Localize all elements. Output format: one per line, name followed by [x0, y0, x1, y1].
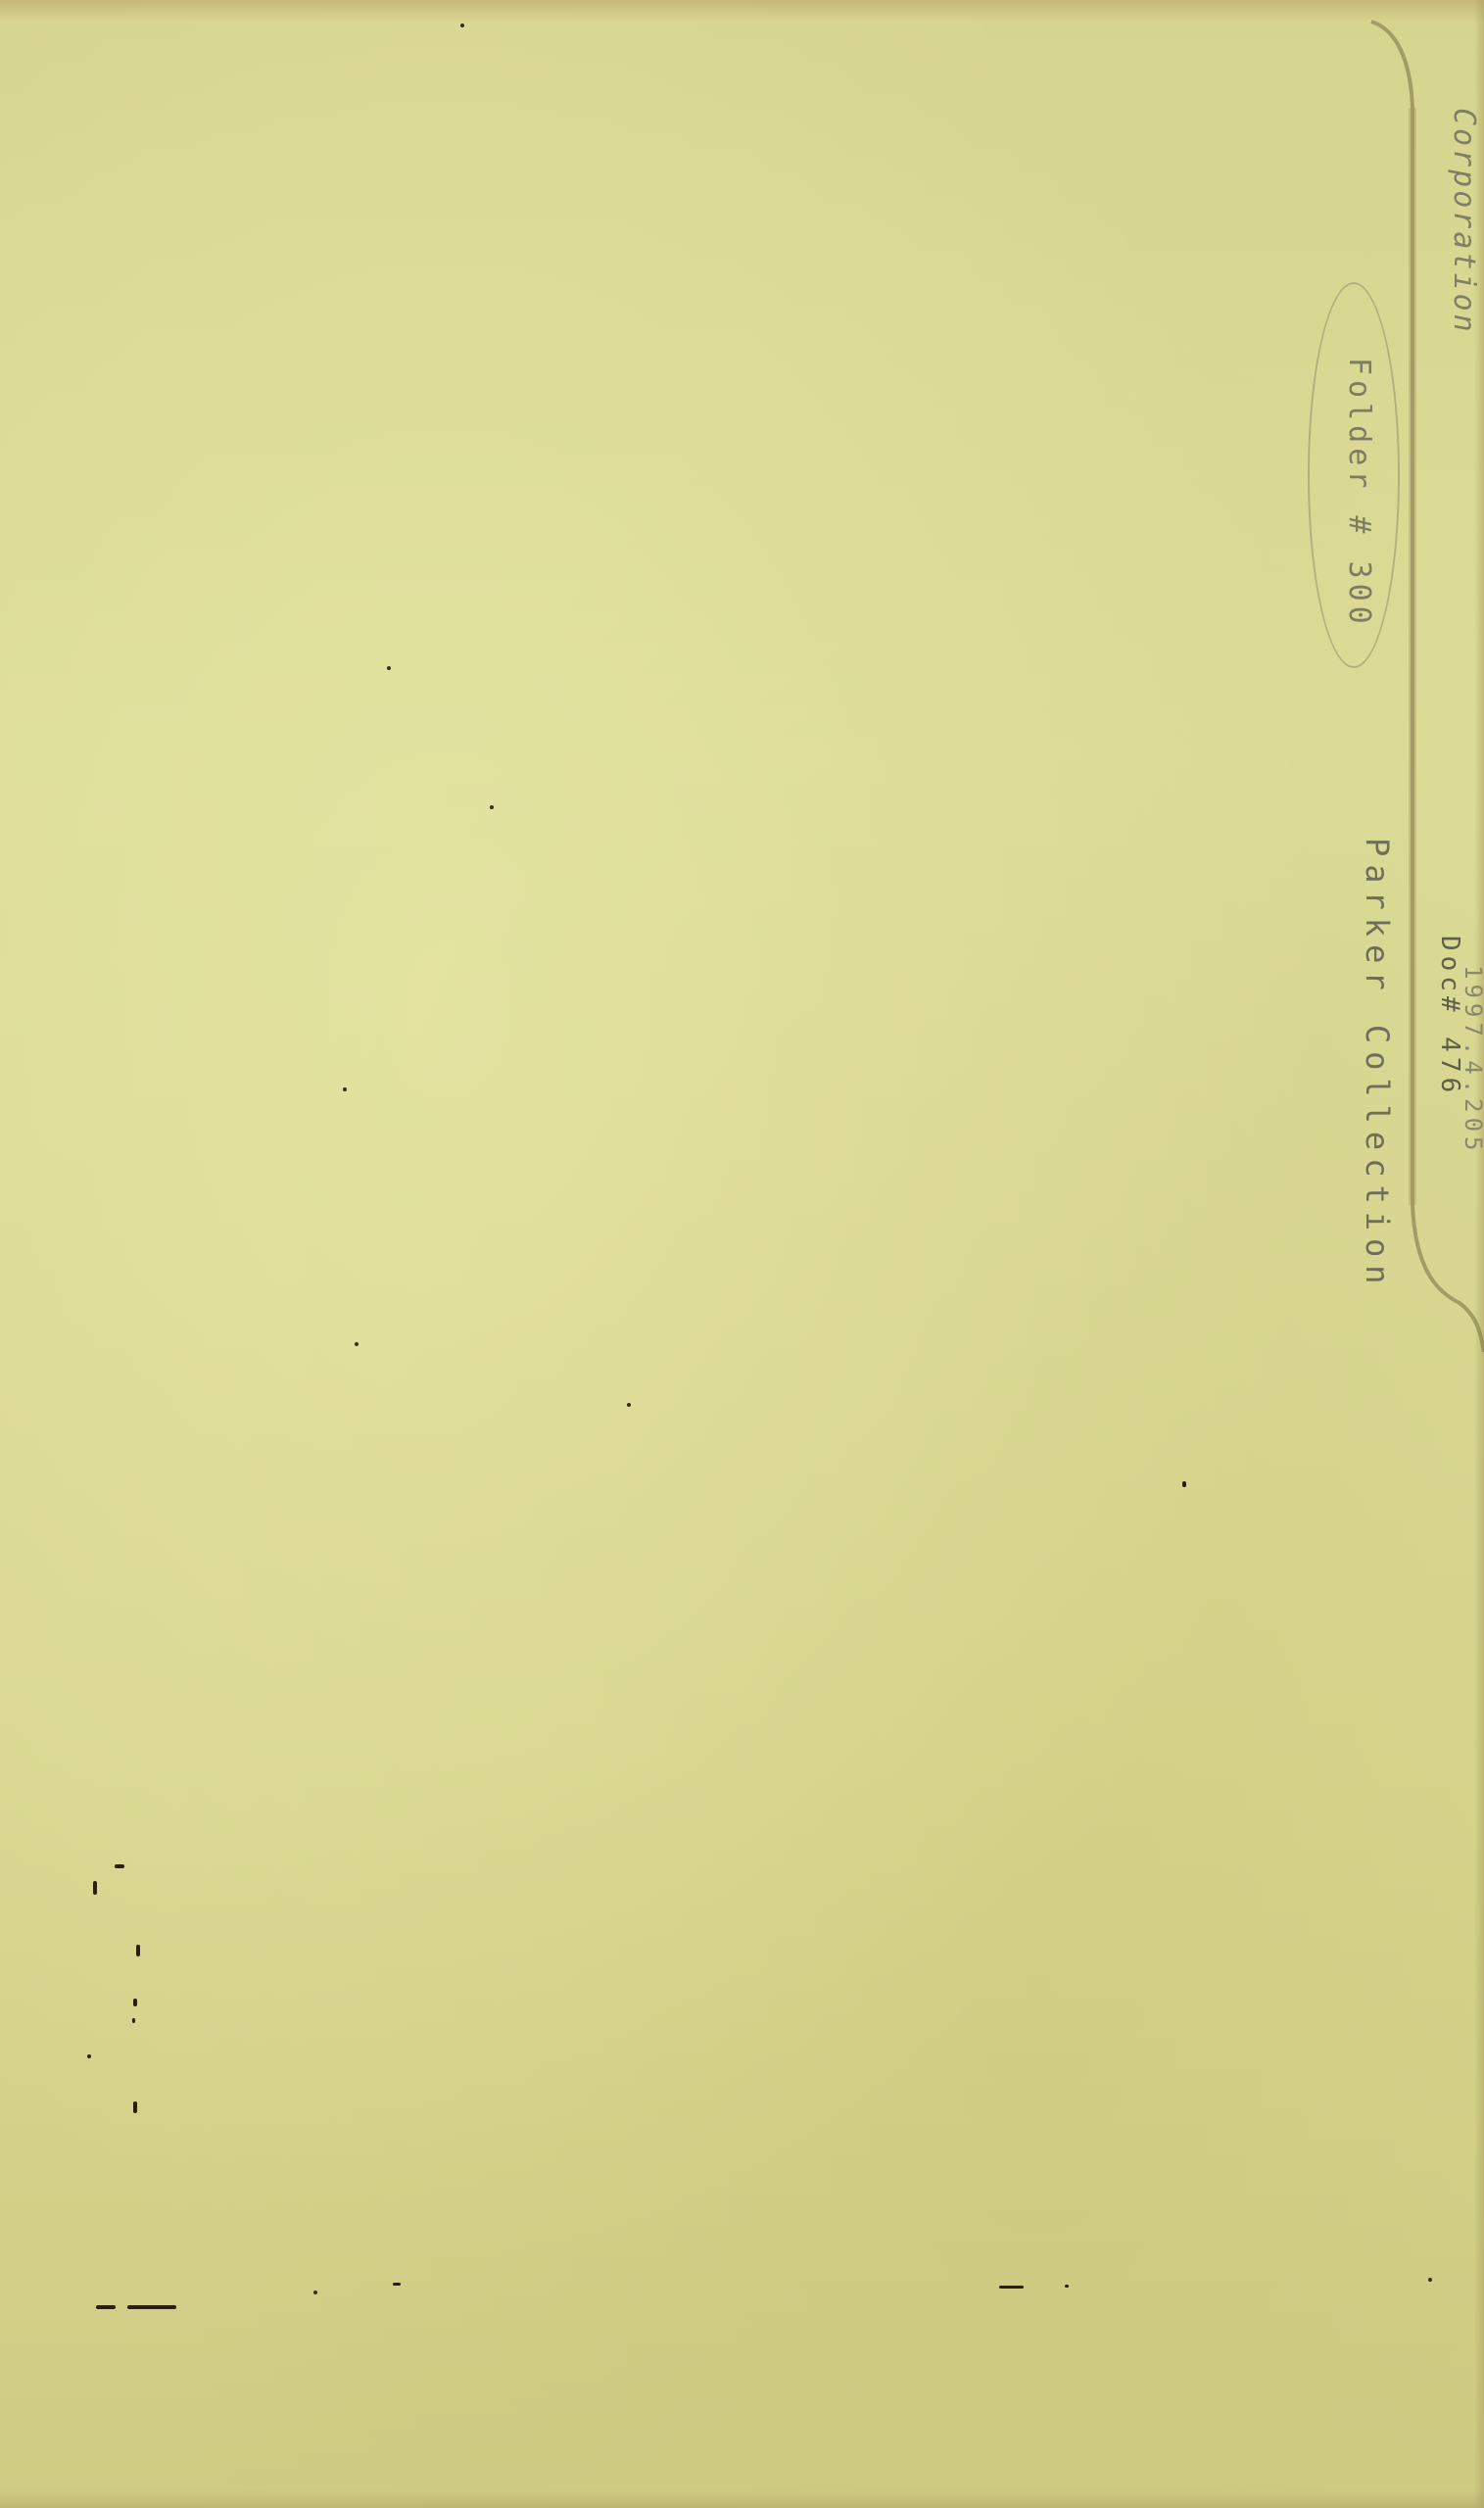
debris-dot: [343, 1087, 347, 1091]
debris-dot: [460, 24, 464, 27]
annotation-accession-number: 1997.4.205: [1460, 965, 1484, 1156]
debris-mark: [133, 2101, 137, 2113]
folder-surface: [0, 0, 1484, 2508]
debris-dot: [313, 2291, 317, 2294]
debris-mark: [1182, 1481, 1186, 1487]
debris-mark: [132, 2018, 135, 2023]
debris-dot: [490, 805, 494, 809]
debris-dot: [1428, 2278, 1432, 2282]
debris-mark: [1065, 2285, 1069, 2288]
debris-mark: [136, 1945, 140, 1956]
annotation-folder-number: Folder # 300: [1342, 358, 1376, 629]
top-edge-shadow: [0, 0, 1484, 22]
bottom-edge-shadow: [0, 2490, 1484, 2508]
right-edge-shadow: [1474, 0, 1484, 2508]
debris-mark: [115, 1864, 124, 1868]
debris-dot: [387, 666, 391, 670]
debris-mark: [93, 1881, 97, 1895]
annotation-corporation: Corporation: [1447, 108, 1481, 335]
debris-dot: [355, 1342, 359, 1346]
debris-mark: [133, 1999, 137, 2006]
debris-mark: [96, 2305, 116, 2309]
debris-mark: [127, 2305, 176, 2309]
debris-mark: [87, 2054, 91, 2058]
debris-mark: [999, 2286, 1024, 2289]
debris-dot: [627, 1403, 631, 1407]
debris-mark: [393, 2283, 401, 2286]
annotation-collection: Parker Collection: [1359, 838, 1396, 1292]
